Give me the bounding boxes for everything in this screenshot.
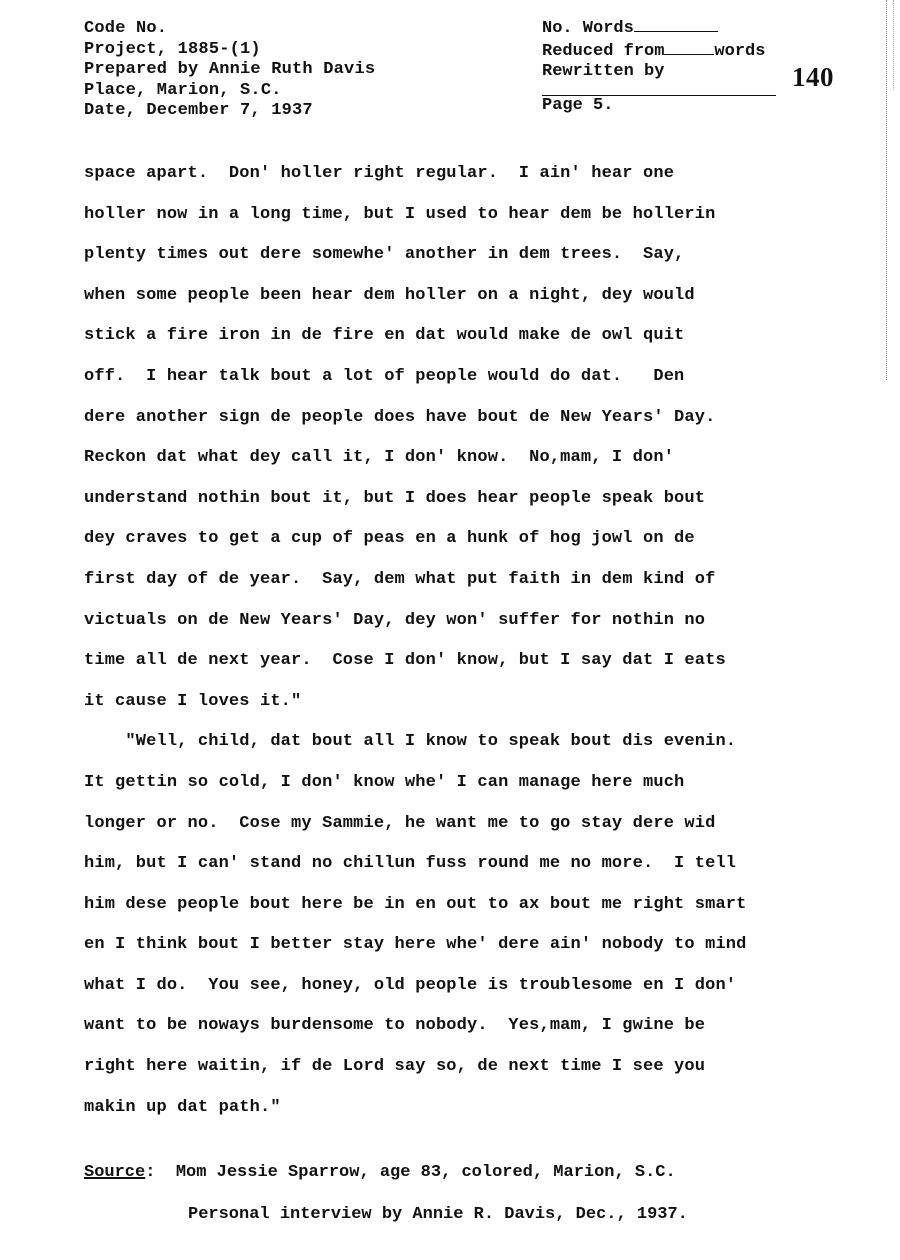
text-line: when some people been hear dem holler on… <box>84 276 864 317</box>
reduced-from-row: Reduced fromwords <box>542 40 776 63</box>
text-line: longer or no. Cose my Sammie, he want me… <box>84 804 864 845</box>
text-line: it cause I loves it." <box>84 682 864 723</box>
date: Date, December 7, 1937 <box>84 101 375 122</box>
place: Place, Marion, S.C. <box>84 81 375 102</box>
source-line-2: Personal interview by Annie R. Davis, De… <box>84 1194 688 1236</box>
source-colon: : <box>145 1163 155 1182</box>
text-line: understand nothin bout it, but I does he… <box>84 479 864 520</box>
text-line: space apart. Don' holler right regular. … <box>84 154 864 195</box>
text-line: dey craves to get a cup of peas en a hun… <box>84 519 864 560</box>
project: Project, 1885-(1) <box>84 40 375 61</box>
text-line: time all de next year. Cose I don' know,… <box>84 641 864 682</box>
prepared-by: Prepared by Annie Ruth Davis <box>84 60 375 81</box>
header-metadata: Code No. Project, 1885-(1) Prepared by A… <box>84 19 375 122</box>
source-label: Source <box>84 1163 145 1182</box>
source-line-1: Source: Mom Jessie Sparrow, age 83, colo… <box>84 1152 688 1194</box>
body-text: space apart. Don' holler right regular. … <box>84 154 864 1128</box>
text-line: what I do. You see, honey, old people is… <box>84 966 864 1007</box>
text-line: right here waitin, if de Lord say so, de… <box>84 1047 864 1088</box>
text-line: victuals on de New Years' Day, dey won' … <box>84 601 864 642</box>
text-line: want to be noways burdensome to nobody. … <box>84 1006 864 1047</box>
rewritten-by-row: Rewritten by <box>542 62 776 83</box>
source-informant: Mom Jessie Sparrow, age 83, colored, Mar… <box>155 1163 675 1182</box>
page-label: Page 5. <box>542 96 776 117</box>
text-line: dere another sign de people does have bo… <box>84 398 864 439</box>
text-line: first day of de year. Say, dem what put … <box>84 560 864 601</box>
text-line: him, but I can' stand no chillun fuss ro… <box>84 844 864 885</box>
reduced-from-label: Reduced from <box>542 42 664 61</box>
text-line: plenty times out dere somewhe' another i… <box>84 235 864 276</box>
text-line: makin up dat path." <box>84 1088 864 1129</box>
no-words-label: No. Words <box>542 19 634 38</box>
page-number: 140 <box>792 62 834 93</box>
text-line: Reckon dat what dey call it, I don' know… <box>84 438 864 479</box>
text-line: It gettin so cold, I don' know whe' I ca… <box>84 763 864 804</box>
text-line: off. I hear talk bout a lot of people wo… <box>84 357 864 398</box>
text-line: en I think bout I better stay here whe' … <box>84 925 864 966</box>
header-word-count-block: No. Words Reduced fromwords Rewritten by… <box>542 17 776 116</box>
reduced-from-blank <box>664 40 714 55</box>
no-words-row: No. Words <box>542 17 776 40</box>
rewritten-by-label: Rewritten by <box>542 62 664 81</box>
document-page: Code No. Project, 1885-(1) Prepared by A… <box>0 0 900 1260</box>
source-citation: Source: Mom Jessie Sparrow, age 83, colo… <box>84 1152 688 1236</box>
text-line: stick a fire iron in de fire en dat woul… <box>84 316 864 357</box>
scan-edge-artifact <box>893 0 896 90</box>
no-words-blank <box>634 17 718 32</box>
scan-edge-artifact <box>886 0 889 380</box>
reduced-words-label: words <box>714 42 765 61</box>
text-line: him dese people bout here be in en out t… <box>84 885 864 926</box>
code-no: Code No. <box>84 19 375 40</box>
text-line: holler now in a long time, but I used to… <box>84 195 864 236</box>
text-line: "Well, child, dat bout all I know to spe… <box>84 722 864 763</box>
